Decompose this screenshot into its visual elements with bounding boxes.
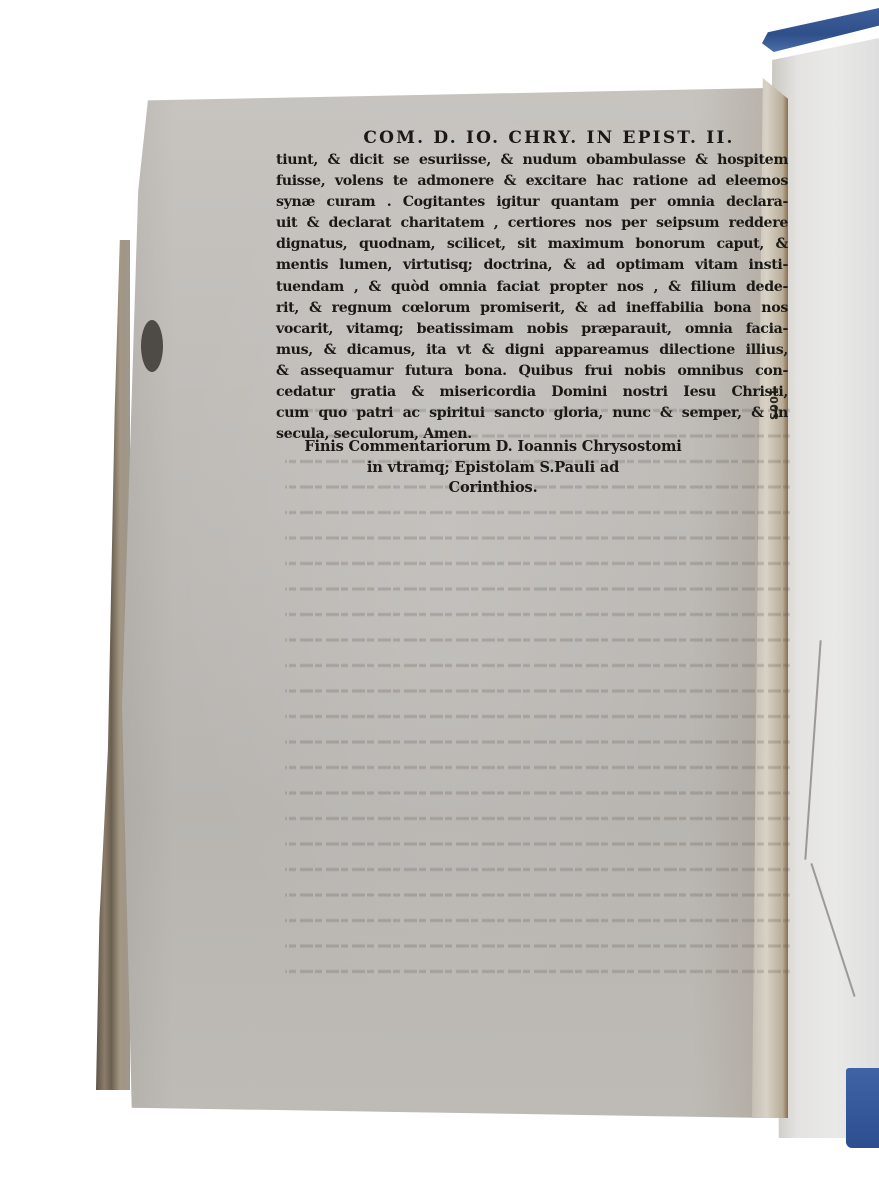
blue-cover-edge-bottom: [846, 1068, 879, 1148]
text-line: & assequamur futura bona. Quibus frui no…: [276, 361, 788, 382]
text-line: tiunt, & dicit se esuriisse, & nudum oba…: [276, 150, 788, 171]
text-line: vocarit, vitamq; beatissimam nobis præpa…: [276, 319, 788, 340]
text-line: rit, & regnum cœlorum promiserit, & ad i…: [276, 298, 788, 319]
text-line: uit & declarat charitatem , certiores no…: [276, 213, 788, 234]
text-line: cum quo patri ac spiritui sancto gloria,…: [276, 403, 788, 424]
text-line: synæ curam . Cogitantes igitur quantam p…: [276, 192, 788, 213]
colophon-line: in vtramq; Epistolam S.Pauli ad: [268, 458, 718, 479]
text-line: dignatus, quodnam, scilicet, sit maximum…: [276, 234, 788, 255]
running-head: COM. D. IO. CHRY. IN EPIST. II.: [308, 128, 790, 148]
text-line: cedatur gratia & misericordia Domini nos…: [276, 382, 788, 403]
text-line: fuisse, volens te admonere & excitare ha…: [276, 171, 788, 192]
text-line: mentis lumen, virtutisq; doctrina, & ad …: [276, 255, 788, 276]
colophon-line: Corinthios.: [268, 478, 718, 499]
colophon-line: Finis Commentariorum D. Ioannis Chrysost…: [268, 437, 718, 458]
colophon: Finis Commentariorum D. Ioannis Chrysost…: [268, 437, 718, 499]
ink-stain: [141, 320, 163, 372]
text-block: COM. D. IO. CHRY. IN EPIST. II. tiunt, &…: [276, 128, 790, 445]
book-photograph: 1003 COM. D. IO. CHRY. IN EPIST. II. tiu…: [0, 0, 879, 1200]
text-line: mus, & dicamus, ita vt & digni appareamu…: [276, 340, 788, 361]
body-text: tiunt, & dicit se esuriisse, & nudum oba…: [276, 150, 790, 445]
text-line: tuendam , & quòd omnia faciat propter no…: [276, 277, 788, 298]
